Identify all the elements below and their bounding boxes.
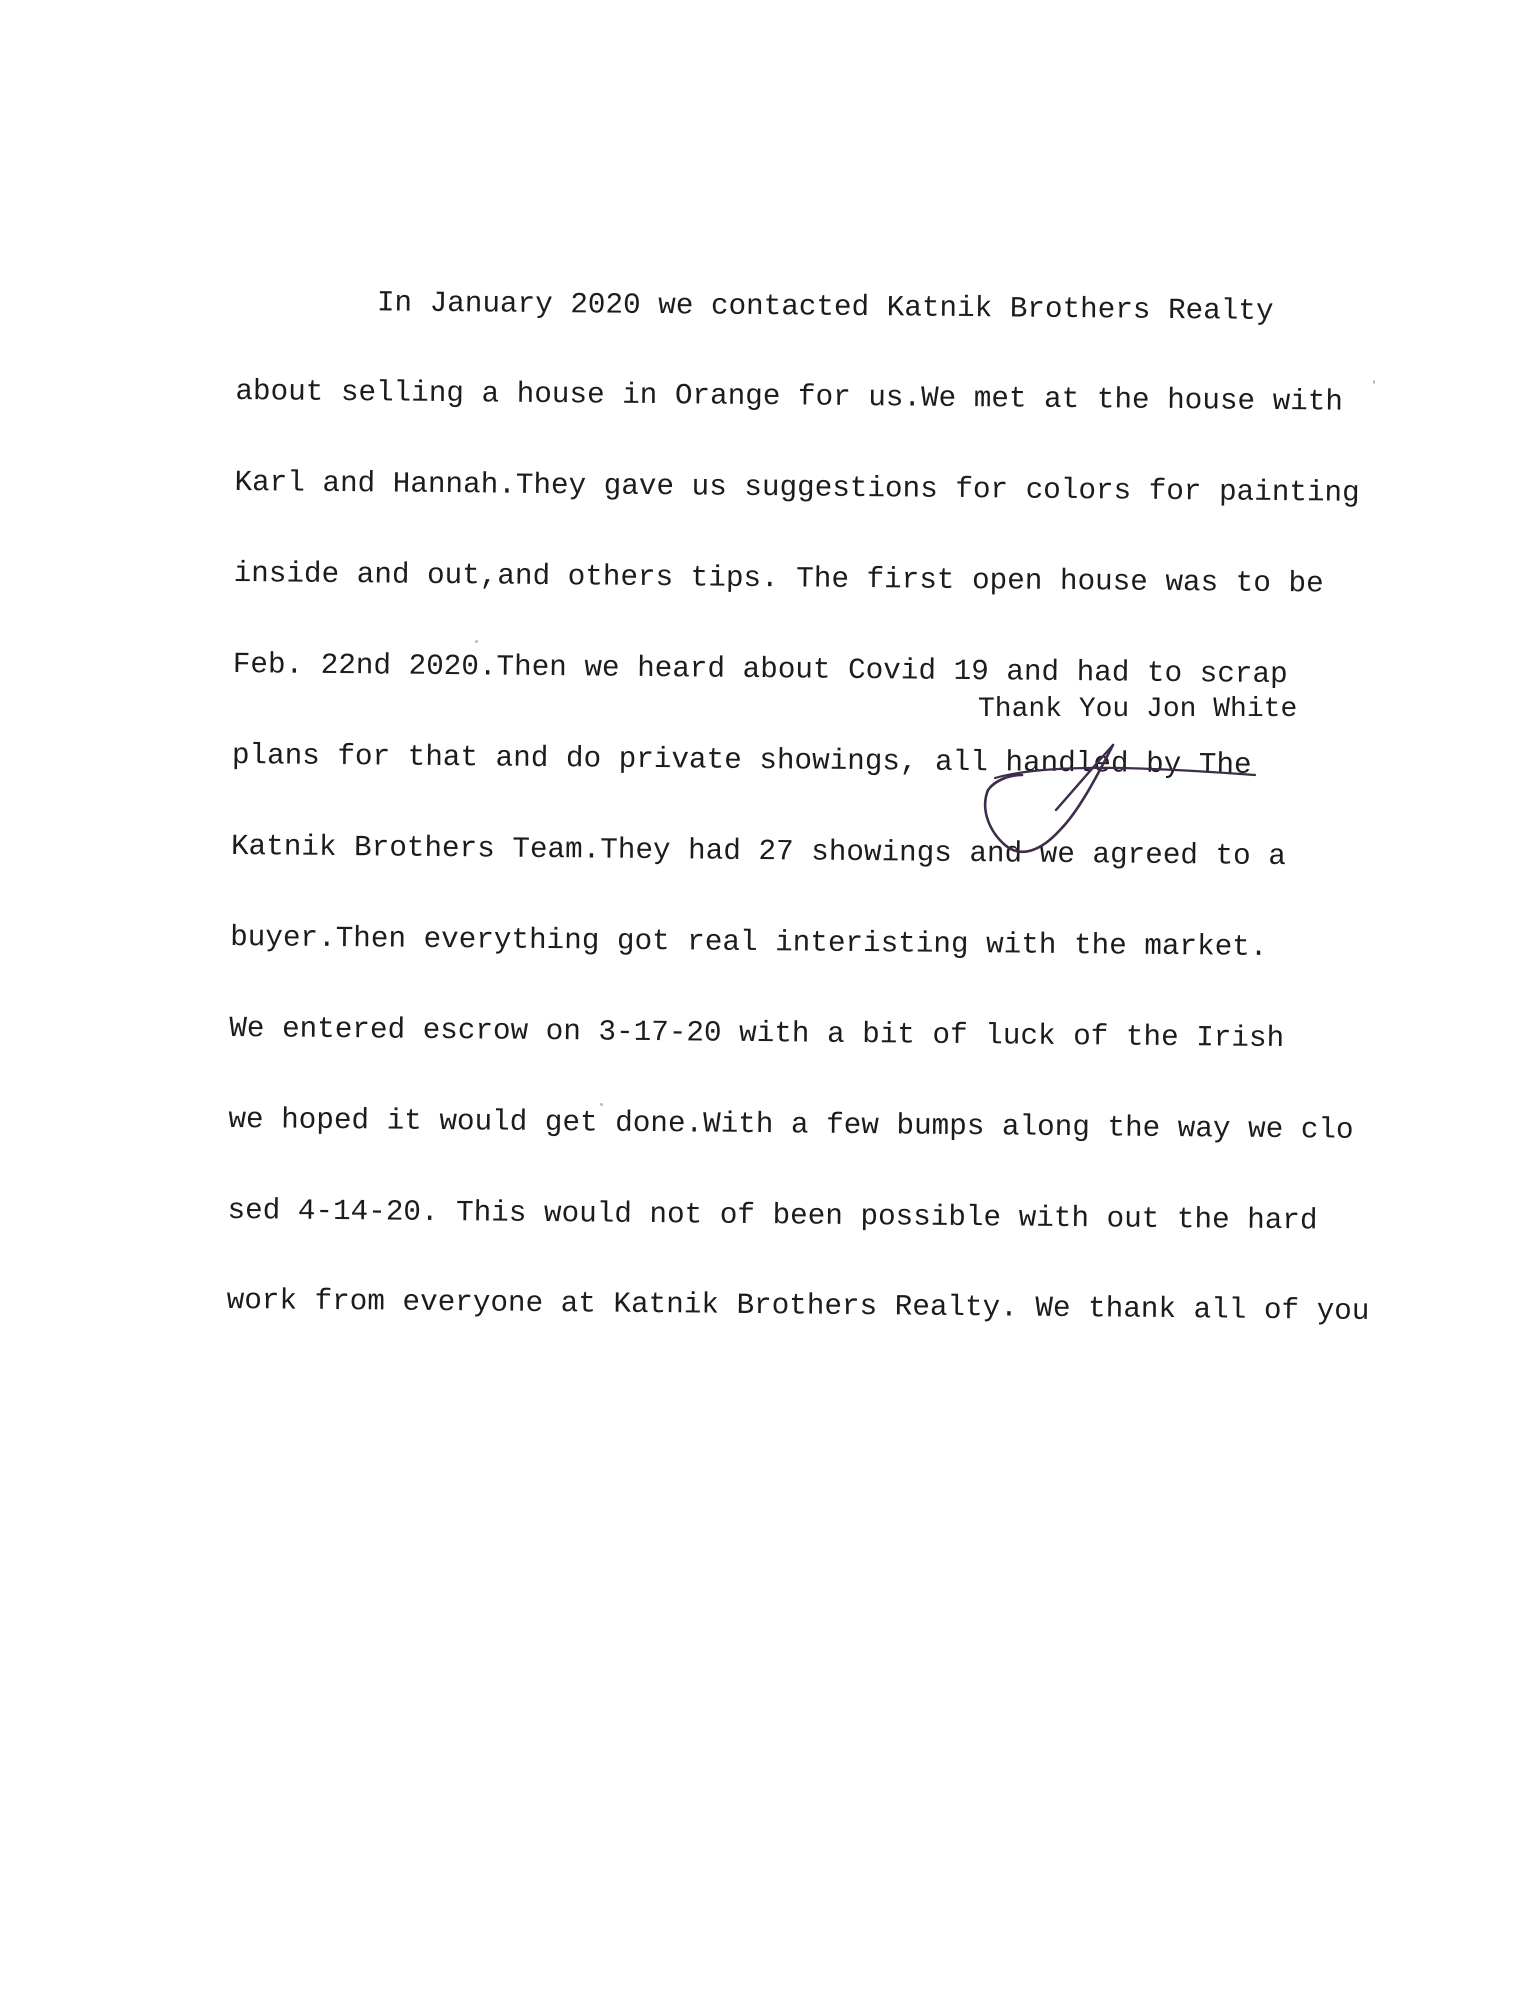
scan-speck [600,1103,603,1106]
letter-page: In January 2020 we contacted Katnik Brot… [0,0,1515,2000]
letter-line: we hoped it would get done.With a few bu… [228,1105,1371,1146]
letter-line: work from everyone at Katnik Brothers Re… [227,1286,1370,1327]
letter-line: Karl and Hannah.They gave us suggestions… [234,468,1377,509]
letter-line: inside and out,and others tips. The firs… [234,559,1377,600]
letter-line: Feb. 22nd 2020.Then we heard about Covid… [233,650,1376,691]
scan-speck [475,640,478,643]
letter-line: We entered escrow on 3-17-20 with a bit … [229,1014,1372,1055]
letter-line: buyer.Then everything got real interisti… [230,923,1373,964]
letter-line: In January 2020 we contacted Katnik Brot… [236,287,1379,328]
letter-line: sed 4-14-20. This would not of been poss… [227,1195,1370,1236]
handwritten-signature [960,730,1280,870]
scan-speck [1373,380,1375,384]
letter-line: about selling a house in Orange for us.W… [235,377,1378,418]
closing-signoff: Thank You Jon White [978,694,1297,725]
